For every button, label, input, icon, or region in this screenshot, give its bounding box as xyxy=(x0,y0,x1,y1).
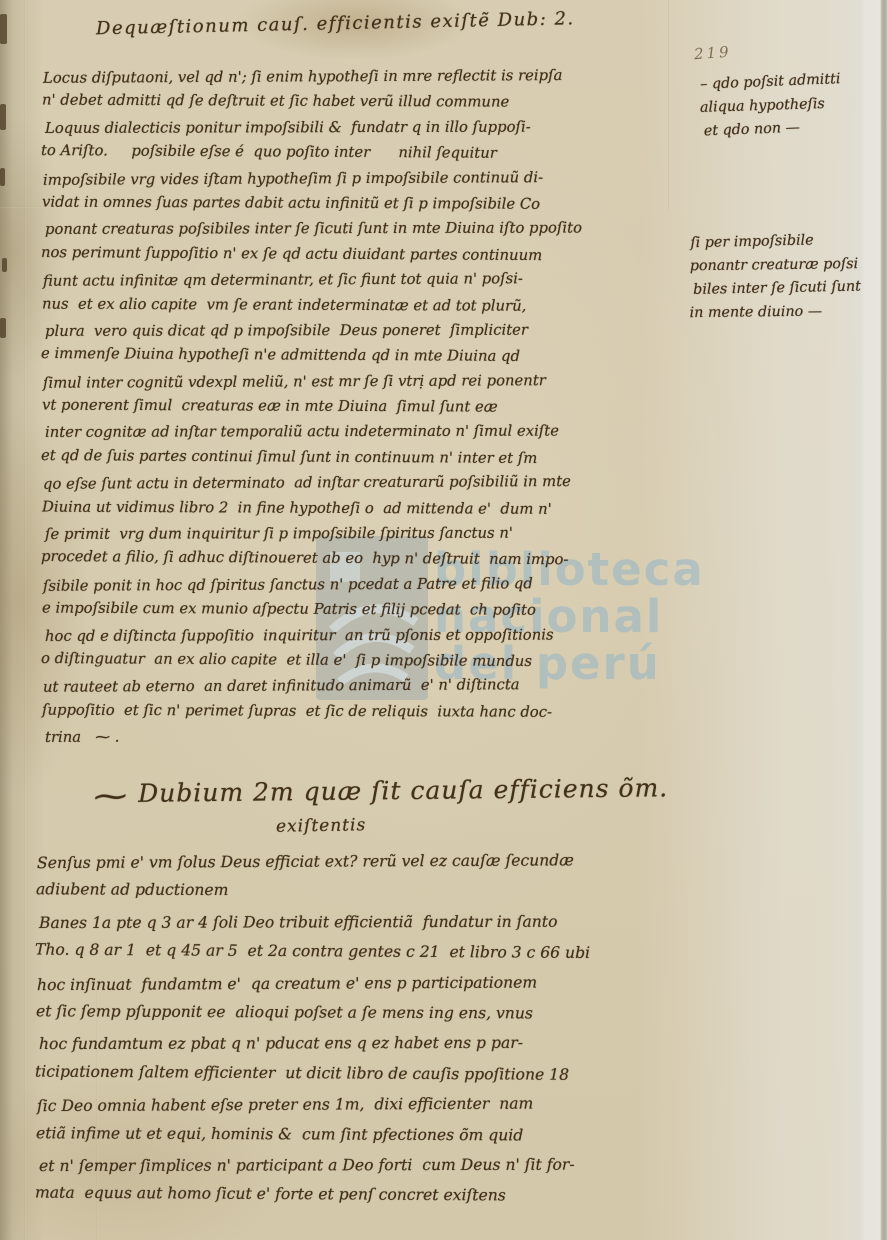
manuscript-line: ſic Deo omnia habent eſse preter ens 1m,… xyxy=(37,1087,847,1122)
manuscript-line: ponant creaturas poſsibiles inter ſe ſic… xyxy=(45,215,705,242)
manuscript-line: et n' ſemper ſimplices n' participant a … xyxy=(39,1149,849,1182)
second-paragraph: Senſus pmi e' vm ſolus Deus efficiat ext… xyxy=(36,846,846,1211)
manuscript-line: nos perimunt ſuppoſitio n' ex ſe qd actu… xyxy=(41,240,701,269)
paper-crease xyxy=(24,0,26,1240)
manuscript-line: ut rauteet ab eterno an daret infinitudo… xyxy=(43,672,703,701)
manuscript-line: qo eſse ſunt actu in determinato ad inſt… xyxy=(43,469,703,498)
manuscript-line: impoſsibile vrg vides iſtam hypotheſim ſ… xyxy=(43,164,703,193)
manuscript-line: vidat in omnes ſuas partes dabit actu in… xyxy=(42,190,702,218)
folio-number: 219 xyxy=(693,43,732,64)
manuscript-line: vt ponerent ſimul creaturas eæ in mte Di… xyxy=(42,393,702,421)
manuscript-line: et ſic ſemp pſupponit ee alioqui poſset … xyxy=(36,996,846,1030)
manuscript-line: ſuppoſitio et ſic n' perimet ſupras et ſ… xyxy=(42,697,702,725)
margin-note-impossibile: ſi per impoſsibileponantr creaturæ poſsi… xyxy=(689,228,886,325)
margin-note-line: ponantr creaturæ poſsi xyxy=(690,252,885,278)
manuscript-line: trina ⁓ . xyxy=(45,723,705,750)
manuscript-line: Locus diſputaoni, vel qd n'; ſi enim hyp… xyxy=(43,62,703,91)
manuscript-line: Banes 1a pte q 3 ar 4 ſoli Deo tribuit e… xyxy=(39,906,849,939)
manuscript-line: Senſus pmi e' vm ſolus Deus efficiat ext… xyxy=(37,844,847,879)
margin-note-line: ſi per impoſsibile xyxy=(690,228,885,256)
manuscript-line: plura vero quis dicat qd p impoſsibile D… xyxy=(45,317,705,344)
manuscript-line: inter cognitæ ad inſtar temporaliũ actu … xyxy=(45,419,705,446)
ink-bleed-mark xyxy=(2,258,7,272)
ink-bleed-mark xyxy=(0,104,6,130)
manuscript-line: Tho. q 8 ar 1 et q 45 ar 5 et 2a contra … xyxy=(35,935,845,970)
manuscript-page: biblioteca nacional del perú Dequæſtionu… xyxy=(0,0,887,1240)
manuscript-line: fiunt actu infinitæ qm determinantr, et … xyxy=(43,265,703,294)
manuscript-line: Loquus dialecticis ponitur impoſsibili &… xyxy=(45,114,705,141)
ink-bleed-mark xyxy=(0,14,7,44)
ink-bleed-mark xyxy=(0,168,5,186)
manuscript-line: e impoſsibile cum ex munio aſpectu Patri… xyxy=(42,596,702,624)
margin-note-line: biles inter ſe ſicuti ſunt xyxy=(693,275,887,302)
manuscript-line: procedet a filio, ſi adhuc diſtinoueret … xyxy=(41,544,701,573)
manuscript-line: Diuina ut vidimus libro 2 in fine hypoth… xyxy=(42,494,702,522)
margin-note-hypothesis: – qdo poſsit admittialiqua hypotheſiset … xyxy=(699,67,886,144)
manuscript-line: nus et ex alio capite vm ſe erant indete… xyxy=(42,291,702,319)
margin-note-line: in mente diuino — xyxy=(689,299,884,325)
dubium-heading-text: Dubium 2m quæ ſit cauſa efficiens õm. xyxy=(138,773,668,808)
manuscript-line: hoc fundamtum ez pbat q n' pducat ens q … xyxy=(39,1027,849,1060)
manuscript-line: ticipationem ſaltem efficienter ut dicit… xyxy=(35,1056,845,1091)
manuscript-line: n' debet admitti qd ſe deſtruit et ſic h… xyxy=(42,88,702,116)
manuscript-line: hoc inſinuat fundamtm e' qa creatum e' e… xyxy=(37,965,847,1000)
manuscript-line: to Ariſto. poſsibile eſse é quo poſito i… xyxy=(41,138,701,167)
manuscript-line: e immenſe Diuina hypotheſi n'e admittend… xyxy=(41,341,701,370)
manuscript-line: ſe primit vrg dum inquiritur ſi p impoſs… xyxy=(45,520,705,547)
manuscript-line: ſimul inter cognitũ vdexpl meliũ, n' est… xyxy=(43,367,703,396)
manuscript-line: hoc qd e diſtincta ſuppoſitio inquiritur… xyxy=(45,622,705,649)
main-paragraph: Locus diſputaoni, vel qd n'; ſi enim hyp… xyxy=(42,64,702,750)
dubium-subheading: exiſtentis xyxy=(276,815,367,837)
dubium-heading: ~Dubium 2m quæ ſit cauſa efficiens õm. xyxy=(98,769,718,810)
manuscript-line: adiubent ad pductionem xyxy=(36,875,846,909)
manuscript-line: ſsibile ponit in hoc qd ſpiritus ſanctus… xyxy=(43,570,703,599)
ink-bleed-mark xyxy=(0,318,6,338)
heading-flourish: ~ xyxy=(90,779,132,814)
manuscript-line: mata equus aut homo ſicut e' forte et pe… xyxy=(35,1178,845,1213)
manuscript-line: etiã infime ut et equi, hominis & cum ſi… xyxy=(36,1118,846,1152)
running-header: Dequæſtionum cauſ. efficientis exiſtẽ Du… xyxy=(96,6,696,40)
